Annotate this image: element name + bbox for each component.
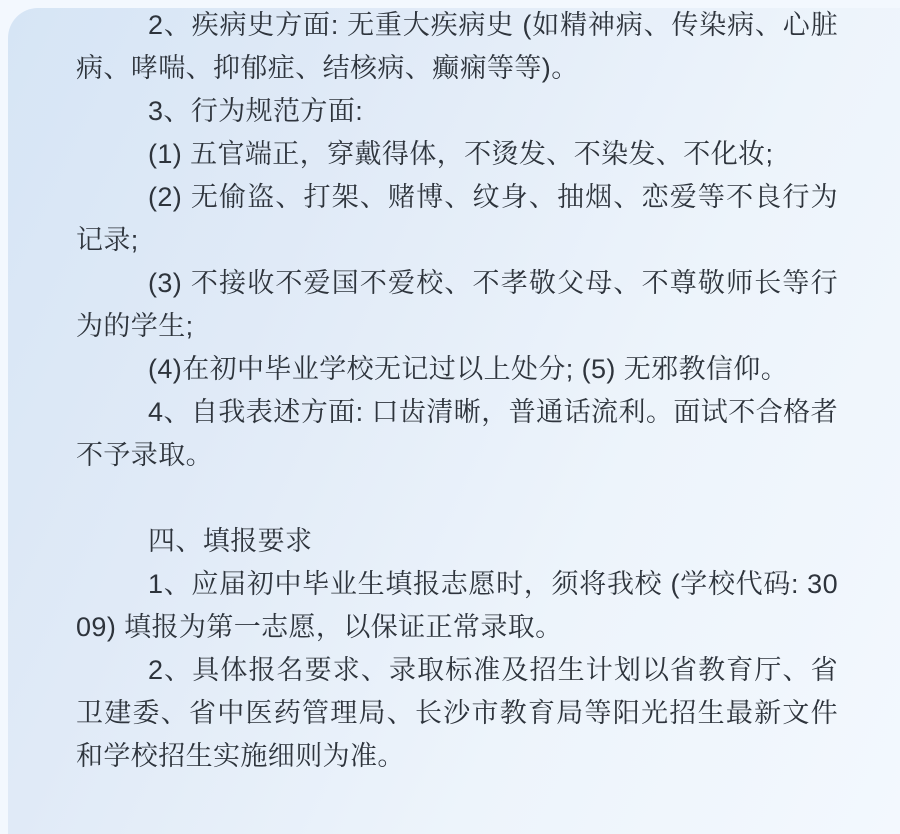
paragraph-behavior-heading: 3、行为规范方面: bbox=[76, 90, 838, 133]
paragraph-disease-history: 2、疾病史方面: 无重大疾病史 (如精神病、传染病、心脏病、哮喘、抑郁症、结核病… bbox=[76, 4, 838, 90]
paragraph-application-2: 2、具体报名要求、录取标准及招生计划以省教育厅、省卫建委、省中医药管理局、长沙市… bbox=[76, 649, 838, 778]
document-content: 2、疾病史方面: 无重大疾病史 (如精神病、传染病、心脏病、哮喘、抑郁症、结核病… bbox=[0, 0, 900, 834]
paragraph-behavior-item-2: (2) 无偷盗、打架、赌博、纹身、抽烟、恋爱等不良行为记录; bbox=[76, 176, 838, 262]
section-heading-application: 四、填报要求 bbox=[76, 520, 838, 563]
blank-line bbox=[76, 477, 838, 520]
paragraph-behavior-item-4: (4)在初中毕业学校无记过以上处分; (5) 无邪教信仰。 bbox=[76, 348, 838, 391]
paragraph-behavior-item-3: (3) 不接收不爱国不爱校、不孝敬父母、不尊敬师长等行为的学生; bbox=[76, 262, 838, 348]
paragraph-behavior-item-1: (1) 五官端正，穿戴得体，不烫发、不染发、不化妆; bbox=[76, 133, 838, 176]
paragraph-self-expression: 4、自我表述方面: 口齿清晰，普通话流利。面试不合格者不予录取。 bbox=[76, 391, 838, 477]
paragraph-application-1: 1、应届初中毕业生填报志愿时，须将我校 (学校代码: 3009) 填报为第一志愿… bbox=[76, 563, 838, 649]
